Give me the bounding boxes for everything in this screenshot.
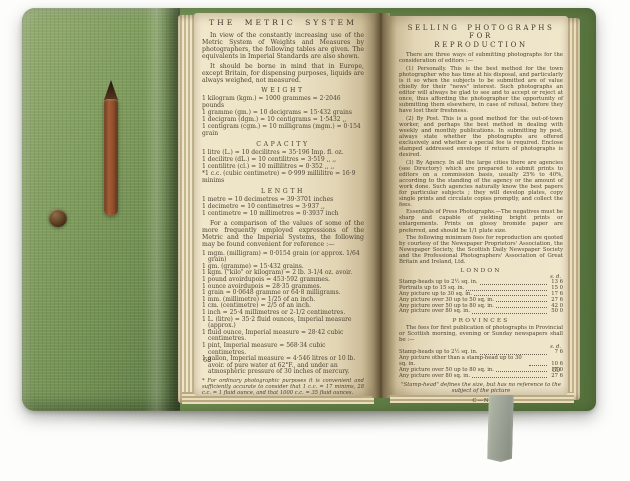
right-page-title-line1: SELLING PHOTOGRAPHS FOR (399, 24, 563, 41)
dotted-leader (496, 307, 547, 308)
left-page-title: THE METRIC SYSTEM (202, 18, 364, 27)
paragraph-provinces-intro: The fees for first publication of photog… (399, 325, 563, 343)
left-page-number: 68 (203, 356, 211, 364)
cover-fold-hinge (144, 8, 180, 411)
paragraph-personally: (1) Personally. This is the best method … (399, 66, 563, 114)
paragraph: It should be borne in mind that in Europ… (202, 63, 364, 84)
photo-of-open-diary: THE METRIC SYSTEM In view of the constan… (0, 0, 630, 481)
pencil (103, 80, 119, 216)
stamp-head-note: "Stamp-head" defines the size, but has n… (399, 382, 563, 394)
provinces-heading: PROVINCES (399, 318, 563, 324)
capacity-table: 1 litre (L.) = 10 decilitres = 35·196 Im… (202, 150, 364, 185)
right-page-number: 69 (552, 366, 560, 374)
provinces-fee-table: Stamp-heads up to 2½ sq. in. 7 6 Any pic… (399, 350, 563, 379)
paragraph-by-agency: (3) By Agency. In all the large cities t… (399, 160, 563, 208)
right-page-content: SELLING PHOTOGRAPHS FOR REPRODUCTION The… (399, 24, 563, 376)
london-fee-table: Stamp-heads up to 2½ sq. in. 13 6 Portra… (399, 280, 563, 315)
paragraph-essentials: Essentials of Press Photographs.—The neg… (399, 209, 563, 233)
paragraph: In view of the constantly increasing use… (202, 32, 364, 60)
right-page-title: SELLING PHOTOGRAPHS FOR REPRODUCTION (399, 24, 563, 49)
paragraph: For a comparison of the values of some o… (202, 220, 364, 248)
pencil-point (104, 80, 118, 100)
length-heading: LENGTH (202, 188, 364, 195)
footnote: * For ordinary photographic purposes it … (202, 379, 364, 396)
paragraph: There are three ways of submitting photo… (399, 52, 563, 64)
dotted-leader (496, 371, 547, 372)
weight-row: 1 kilogram (kgm.) = 1000 grammes = 2·204… (202, 96, 364, 110)
paragraph-fees-intro: The following minimum fees for reproduct… (399, 235, 563, 265)
left-page-content: THE METRIC SYSTEM In view of the constan… (202, 18, 364, 364)
snap-button (49, 209, 67, 227)
london-heading: LONDON (399, 268, 563, 274)
dotted-leader (480, 284, 547, 285)
dotted-leader (496, 301, 547, 302)
fee-row: Any picture over 80 sq. in. 27 6 (399, 374, 563, 380)
weight-row: 1 centigram (cgm.) = 10 milligrams (mgm.… (202, 124, 364, 138)
conversion-list: 1 mgm. (milligram) = 0·0154 grain (or ap… (202, 251, 364, 376)
weight-heading: WEIGHT (202, 87, 364, 94)
length-table: 1 metre = 10 decimetres = 39·3701 inches… (202, 197, 364, 218)
right-page-title-line2: REPRODUCTION (399, 41, 563, 49)
dotted-leader (466, 290, 547, 291)
fee-label: Any picture over 80 sq. in. (399, 309, 470, 315)
weight-table: 1 kilogram (kgm.) = 1000 grammes = 2·204… (202, 96, 364, 137)
pencil-body (104, 99, 118, 215)
dotted-leader (472, 313, 547, 314)
right-page-stack-edge (566, 18, 580, 400)
conversion-item: 1 gallon, Imperial measure = 4·546 litre… (202, 356, 364, 376)
dotted-leader (529, 365, 547, 366)
length-row: 1 centimetre = 10 millimetres = 0·3937 i… (202, 211, 364, 218)
dotted-leader (472, 377, 547, 378)
fee-value: 27 6 (549, 374, 563, 380)
paragraph-by-post: (2) By Post. This is a good method for t… (399, 116, 563, 158)
fee-value: 7 6 (549, 350, 563, 356)
fee-row: Any picture over 80 sq. in. 50 0 (399, 309, 563, 315)
fee-label: Any picture over 80 sq. in. (399, 374, 470, 380)
capacity-row: *1 c.c. (cubic centimetre) = 0·999 milli… (202, 171, 364, 185)
fee-value: 50 0 (549, 309, 563, 315)
signature-mark: C—N (399, 398, 563, 404)
capacity-heading: CAPACITY (202, 141, 364, 148)
